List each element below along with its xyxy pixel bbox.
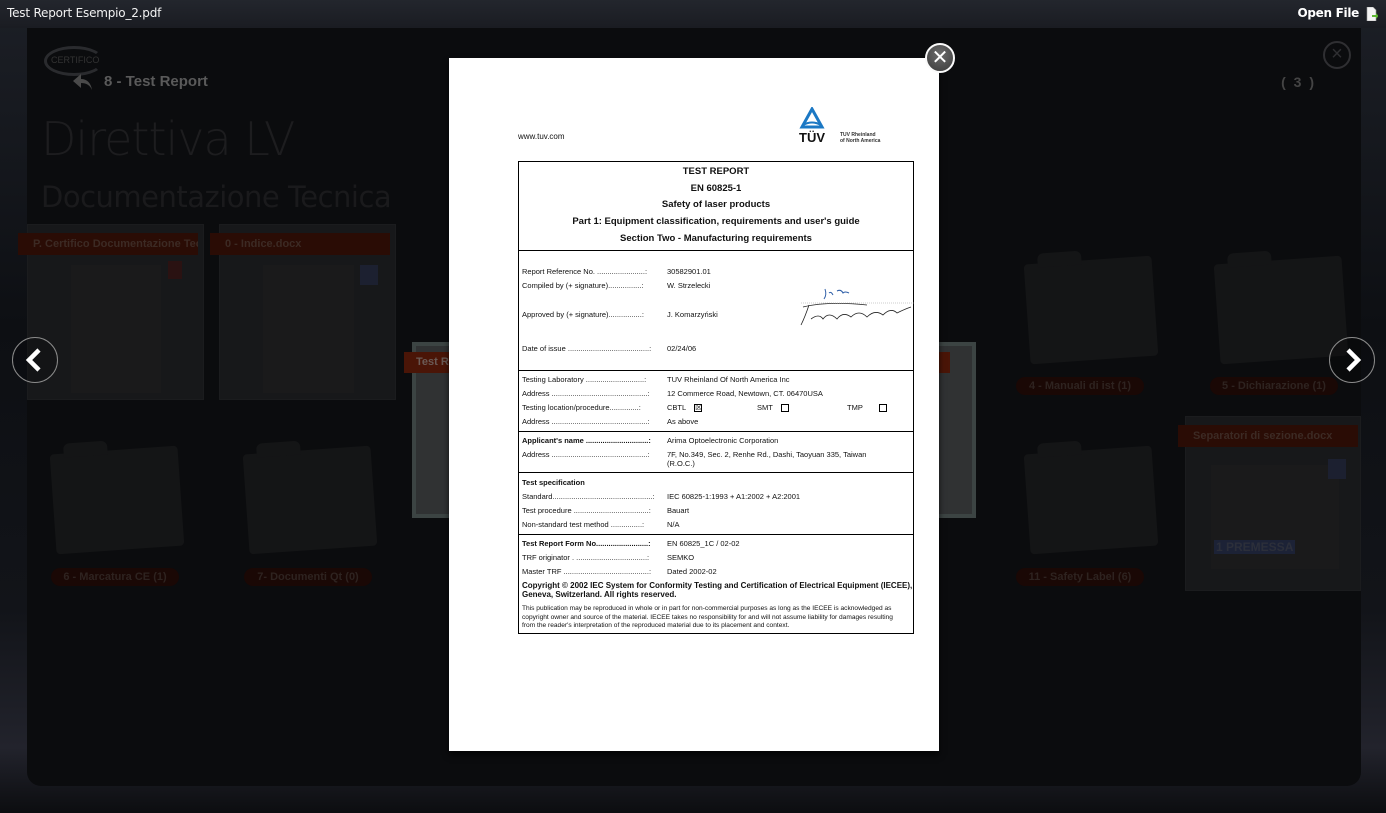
page-subtitle: Documentazione Tecnica: [41, 180, 391, 214]
folder-label-marcatura[interactable]: 6 - Marcatura CE (1): [51, 568, 179, 586]
page-title: Direttiva LV: [41, 112, 294, 166]
doc-thumbnail: [263, 265, 354, 393]
close-viewer-button[interactable]: ✕: [925, 43, 955, 73]
folder-label-documenti[interactable]: 7- Documenti Qt (0): [244, 568, 372, 586]
folder-label-dichiarazione[interactable]: 5 - Dichiarazione (1): [1210, 377, 1338, 395]
folder-icon[interactable]: [243, 446, 378, 555]
test-spec-section: Test specification Standard.............…: [519, 473, 913, 535]
copyright-notice: Copyright © 2002 IEC System for Conformi…: [522, 581, 913, 599]
pdf-icon: [168, 261, 182, 279]
doc-card-label: 0 - Indice.docx: [210, 233, 390, 255]
back-arrow-icon[interactable]: [72, 72, 94, 92]
folder-icon[interactable]: [1024, 256, 1159, 365]
doc-card-label: P. Certifico Documentazione Tec: [18, 233, 198, 255]
open-file-icon[interactable]: [1366, 7, 1378, 21]
doc-card-indice[interactable]: 0 - Indice.docx: [219, 224, 396, 400]
folder-label-manuali[interactable]: 4 - Manuali di ist (1): [1016, 377, 1144, 395]
window-title: Test Report Esempio_2.pdf: [7, 6, 161, 20]
chevron-left-icon: [13, 338, 57, 382]
section-title: 8 - Test Report: [104, 73, 208, 90]
prev-arrow-button[interactable]: [12, 337, 58, 383]
doc-url: www.tuv.com: [518, 132, 565, 141]
report-header: TEST REPORT EN 60825-1 Safety of laser p…: [519, 162, 913, 251]
folder-label-safety[interactable]: 11 - Safety Label (6): [1016, 568, 1144, 586]
folder-icon[interactable]: [50, 446, 185, 555]
window-titlebar: Test Report Esempio_2.pdf Open File: [0, 0, 1386, 28]
report-table: TEST REPORT EN 60825-1 Safety of laser p…: [518, 161, 914, 634]
chevron-right-icon: [1330, 338, 1374, 382]
smt-checkbox: [781, 404, 789, 412]
doc-thumbnail: [71, 265, 161, 393]
preview-text: 1 PREMESSA: [1214, 540, 1295, 554]
signature-image: [797, 281, 915, 331]
open-file-button[interactable]: Open File: [1297, 6, 1359, 20]
trf-section: Test Report Form No.....................…: [519, 535, 913, 633]
doc-card-label: Separatori di sezione.docx: [1178, 425, 1358, 447]
tuv-logo-icon: TÜV: [792, 107, 832, 145]
close-icon: ✕: [932, 45, 949, 69]
cbtl-checkbox: ☒: [694, 404, 702, 412]
doc-card-separatori[interactable]: Separatori di sezione.docx 1 PREMESSA: [1185, 416, 1361, 591]
word-icon: [360, 265, 378, 285]
folder-icon[interactable]: [1024, 446, 1159, 555]
tmp-checkbox: [879, 404, 887, 412]
general-section: Report Reference No. ...................…: [519, 251, 913, 371]
doc-thumbnail: 1 PREMESSA: [1211, 465, 1339, 569]
copyright-terms: This publication may be reproduced in wh…: [522, 605, 913, 631]
applicant-section: Applicant's name .......................…: [519, 432, 913, 473]
close-app-icon[interactable]: ×: [1323, 41, 1351, 69]
laboratory-section: Testing Laboratory .....................…: [519, 371, 913, 432]
svg-text:TÜV: TÜV: [799, 130, 825, 145]
folder-icon[interactable]: [1214, 256, 1349, 365]
word-icon: [1328, 459, 1346, 479]
tuv-brand-text: TUV Rheinland of North America: [840, 132, 880, 144]
item-counter: ( 3 ): [1281, 74, 1316, 90]
next-arrow-button[interactable]: [1329, 337, 1375, 383]
pdf-page[interactable]: www.tuv.com TÜV TUV Rheinland of North A…: [449, 58, 939, 751]
